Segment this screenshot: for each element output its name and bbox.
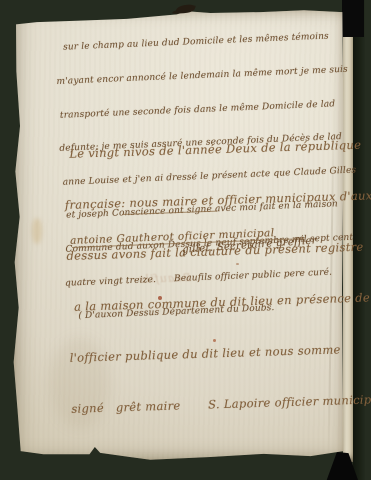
register-closing-paragraph: Le vingt nivos de l'année Deux de la rép… [62,102,371,452]
manuscript-line: française: nous maire et officier munici… [65,187,371,214]
manuscript-line: m'ayant encor annoncé le lendemain la mê… [56,65,352,89]
manuscript-line: sur le champ au lieu dud Domicile et les… [63,31,351,54]
manuscript-line: l'officier publique du dit lieu et nous … [69,340,371,367]
manuscript-line: Le vingt nivos de l'année Deux de la rép… [69,136,371,163]
scanned-document: Beaufils le present registre sur le cham… [0,0,371,480]
paper-stain [32,218,42,244]
manuscript-line: a la maison commune du dit lieu en prése… [74,289,371,316]
manuscript-line: signé grêt maire S. Lapoire officier mun… [71,391,371,418]
